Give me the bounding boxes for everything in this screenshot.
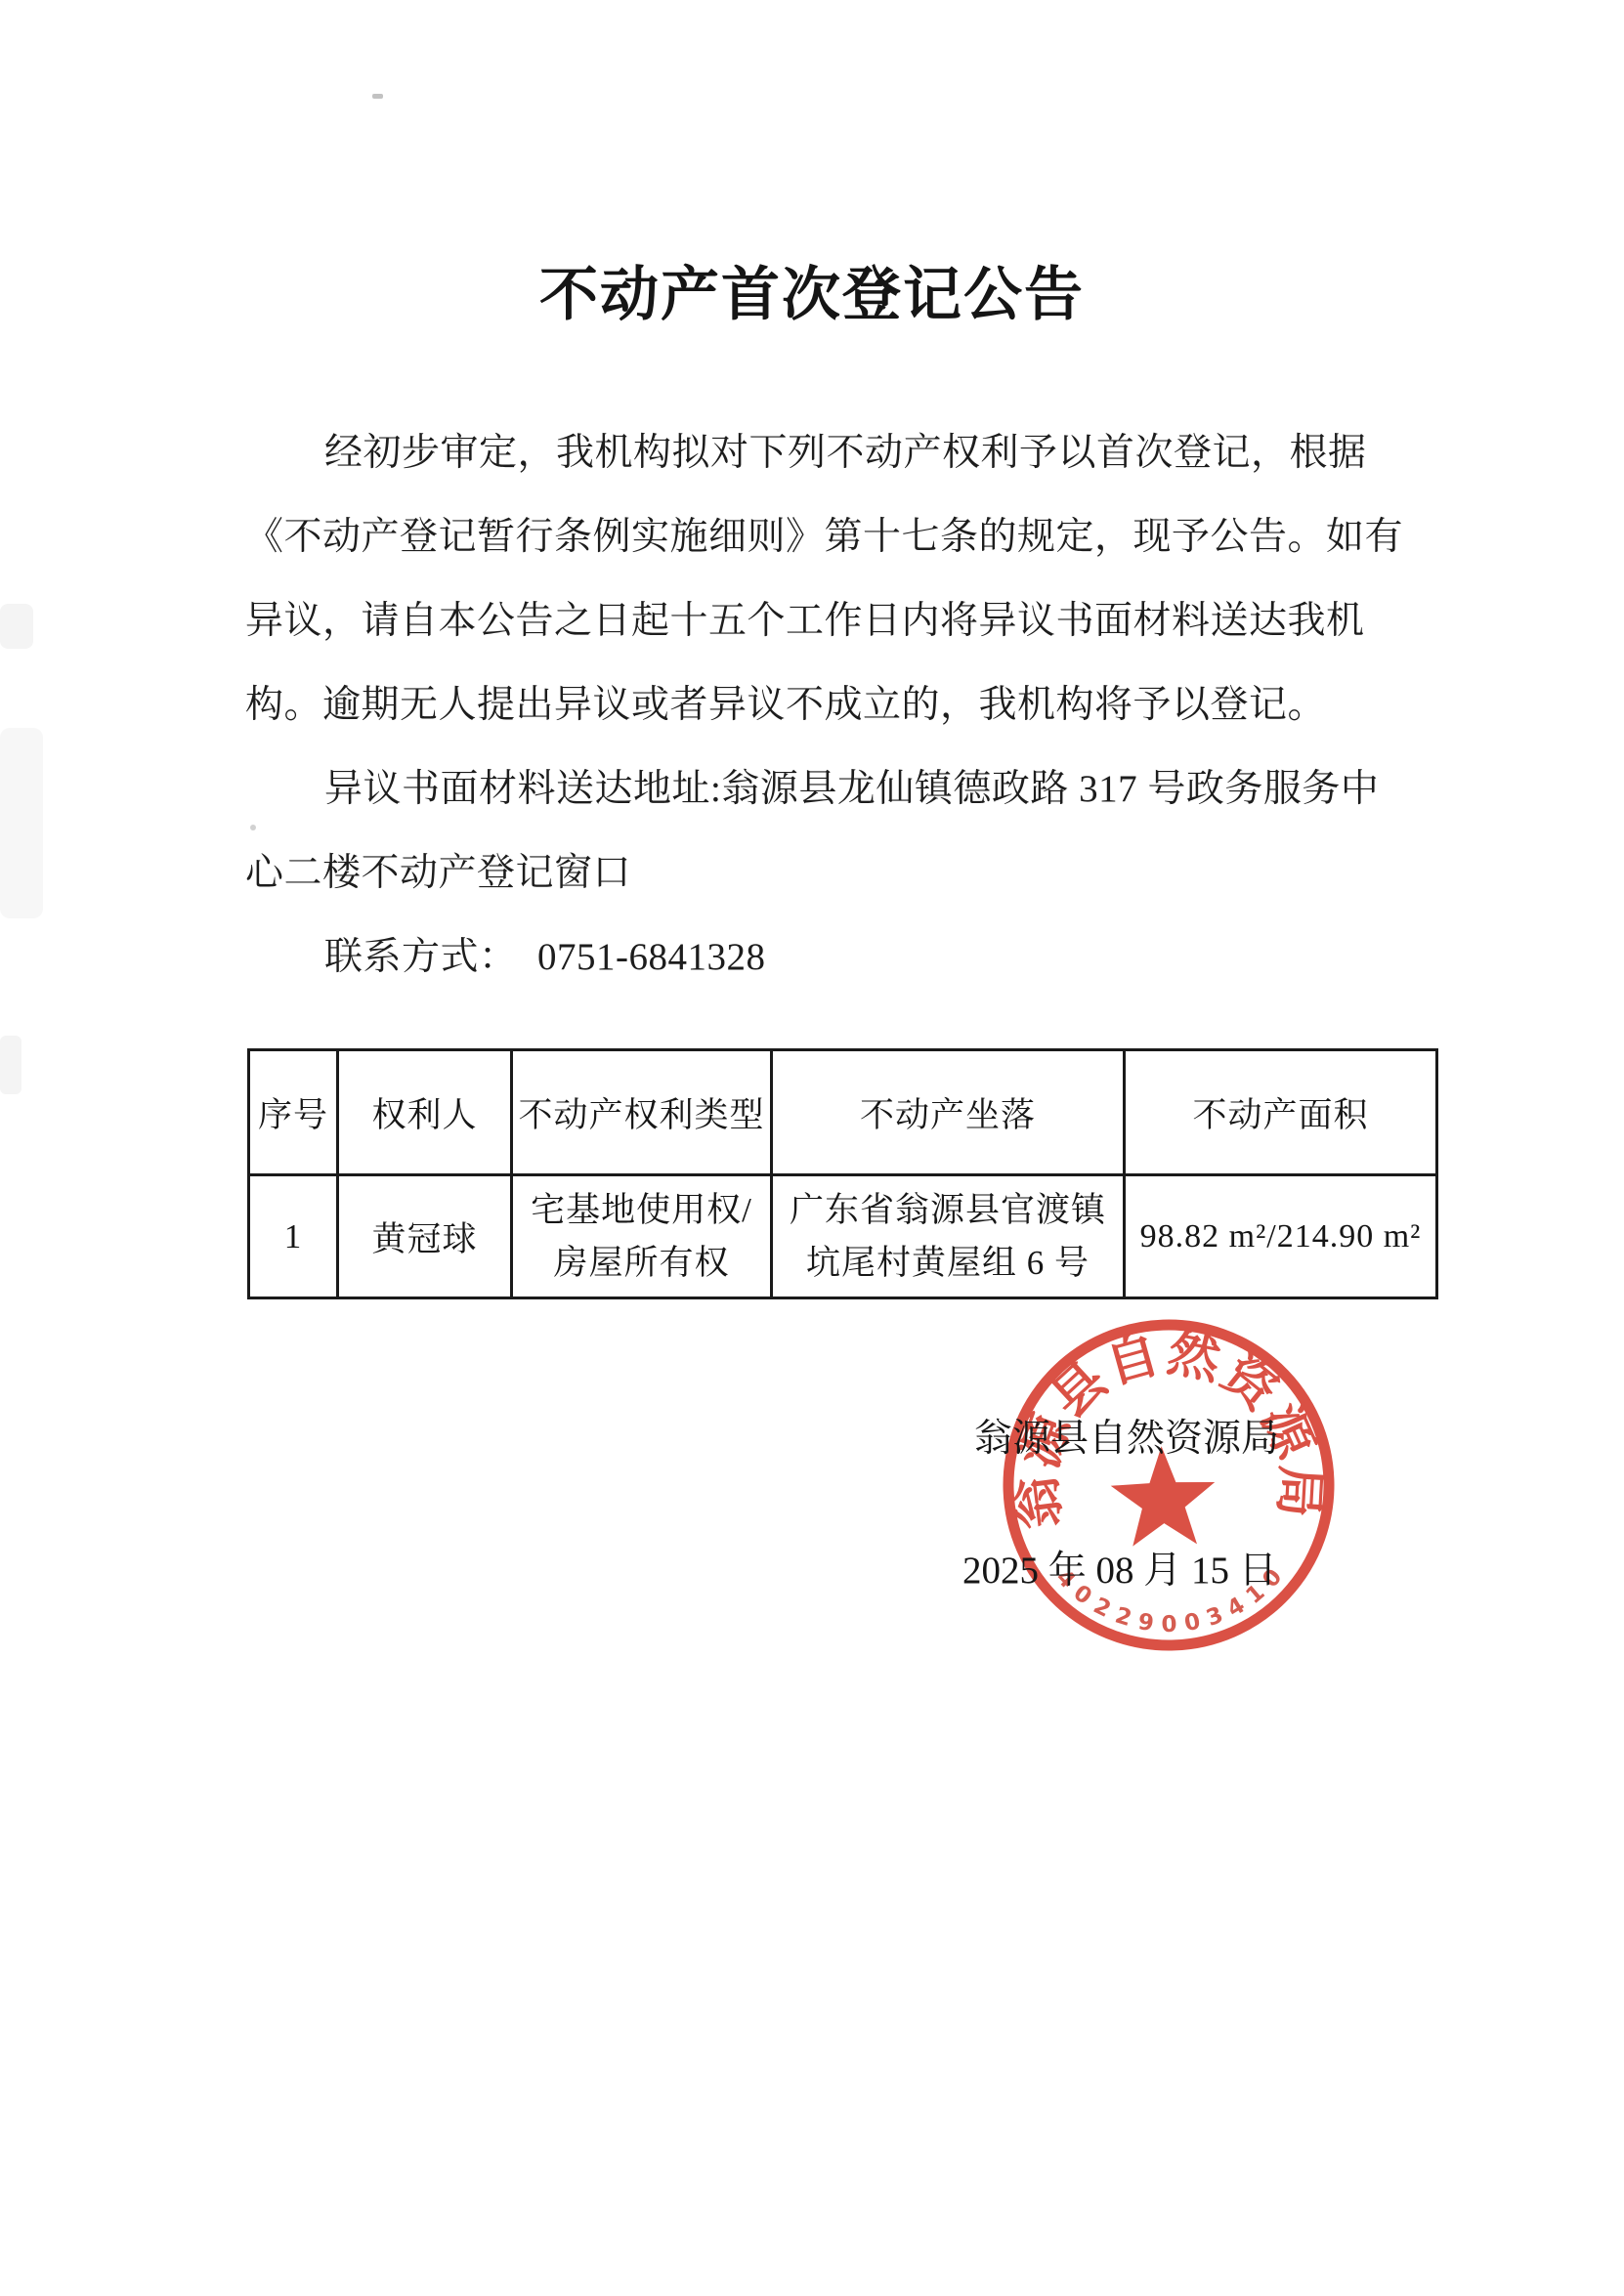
col-header-location: 不动产坐落 (772, 1050, 1125, 1175)
location-line-2: 坑尾村黄屋组 6 号 (773, 1237, 1123, 1290)
property-registration-table: 序号 权利人 不动产权利类型 不动产坐落 不动产面积 1 黄冠球 宅基地使用权/… (247, 1048, 1438, 1299)
scan-smudge (0, 1036, 21, 1094)
col-header-right-type: 不动产权利类型 (512, 1050, 772, 1175)
table-header-row: 序号 权利人 不动产权利类型 不动产坐落 不动产面积 (249, 1050, 1437, 1175)
body-line-1: 经初步审定，我机构拟对下列不动产权利予以首次登记，根据 (245, 431, 1497, 476)
scan-speck (372, 94, 383, 99)
cell-right-type: 宅基地使用权/ 房屋所有权 (512, 1175, 772, 1298)
location-line-1: 广东省翁源县官渡镇 (773, 1184, 1123, 1237)
col-header-owner: 权利人 (338, 1050, 512, 1175)
official-seal-stamp: 翁源县自然资源局 4402290034106 (987, 1303, 1350, 1667)
body-line-contact: 联系方式： 0751-6841328 (245, 935, 1497, 980)
scanned-announcement-page: 不动产首次登记公告 经初步审定，我机构拟对下列不动产权利予以首次登记，根据 《不… (0, 0, 1624, 2296)
scan-smudge (0, 728, 43, 918)
table-row: 1 黄冠球 宅基地使用权/ 房屋所有权 广东省翁源县官渡镇 坑尾村黄屋组 6 号… (249, 1175, 1437, 1298)
right-type-line-2: 房屋所有权 (513, 1237, 770, 1290)
cell-seq: 1 (249, 1175, 338, 1298)
col-header-area: 不动产面积 (1125, 1050, 1437, 1175)
right-type-line-1: 宅基地使用权/ (513, 1184, 770, 1237)
issuing-authority: 翁源县自然资源局 (974, 1408, 1279, 1463)
body-line-4: 构。逾期无人提出异议或者异议不成立的，我机构将予以登记。 (245, 683, 1418, 728)
issue-date: 2025 年 08 月 15 日 (962, 1540, 1277, 1594)
body-line-address-2: 心二楼不动产登记窗口 (245, 851, 1418, 896)
cell-area: 98.82 m²/214.90 m² (1125, 1175, 1437, 1298)
scan-speck (250, 825, 256, 830)
scan-smudge (0, 604, 33, 649)
col-header-seq: 序号 (249, 1050, 338, 1175)
body-line-2: 《不动产登记暂行条例实施细则》第十七条的规定，现予公告。如有 (245, 515, 1418, 560)
body-line-address: 异议书面材料送达地址:翁源县龙仙镇德政路 317 号政务服务中 (245, 767, 1497, 812)
body-line-3: 异议，请自本公告之日起十五个工作日内将异议书面材料送达我机 (245, 599, 1418, 644)
cell-owner: 黄冠球 (338, 1175, 512, 1298)
cell-location: 广东省翁源县官渡镇 坑尾村黄屋组 6 号 (772, 1175, 1125, 1298)
page-title: 不动产首次登记公告 (0, 248, 1624, 332)
